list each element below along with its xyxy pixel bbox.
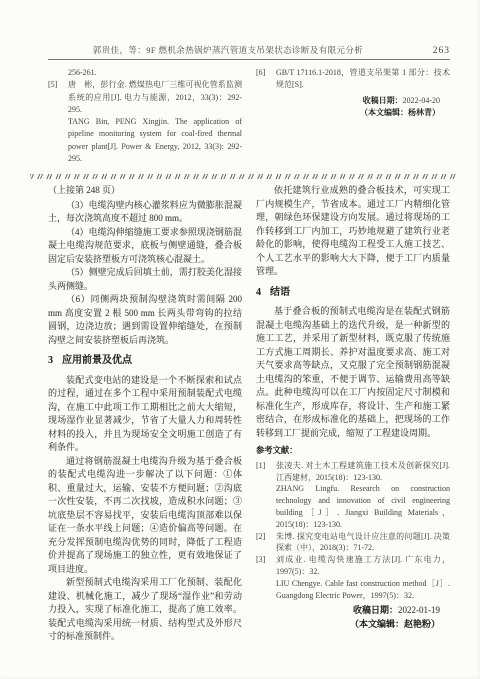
paragraph: （5）侧壁完成后回填土前，需打胶美化湿接头两侧缝。 (48, 266, 242, 293)
section-number: 3 (48, 354, 53, 368)
top-right-column: [6] GB/T 17116.1-2018，管道支吊架第 1 部分：技术规范[S… (256, 67, 450, 165)
top-reference-section: 256-261. [5] 唐 彬，彭行金. 燃煤热电厂三维可视化管系监测系统的应… (48, 67, 450, 165)
reference-item-1: [1] 张凌夫. 对土木工程建筑施工技术及创新探究[J]. 江西建材，2015(… (256, 460, 450, 531)
reference-item-2: [2] 朱博. 探究变电站电气设计应注意的问题[J]. 决策探索（中），2018… (256, 531, 450, 555)
reference-item-3: [3] 刘成业. 电缆沟快速施工方法[J]. 广东电力，1997(5)：32. … (256, 554, 450, 601)
paragraph: 基于叠合板的预制式电缆沟是在装配式钢筋混凝土电缆沟基础上的迭代升级，是一种新型的… (256, 305, 450, 440)
section-heading-4: 4 结语 (256, 286, 450, 300)
references-heading: 参考文献： (256, 444, 450, 458)
reference-carryover-line: 256-261. (48, 67, 242, 79)
section-divider-ornament (30, 174, 458, 179)
journal-page: 郭贵佳，等：9F 燃机余热锅炉蒸汽管道支吊架状态诊断及有限元分析 263 256… (0, 0, 480, 679)
received-date-line: 收稿日期：2022-01-19 (256, 604, 440, 618)
reference-item-6: [6] GB/T 17116.1-2018，管道支吊架第 1 部分：技术规范[S… (256, 67, 450, 92)
reference-label: [1] (256, 460, 265, 472)
top-left-column: 256-261. [5] 唐 彬，彭行金. 燃煤热电厂三维可视化管系监测系统的应… (48, 67, 242, 165)
reference-text-en: ZHANG Lingfu. Research on construction t… (276, 483, 450, 530)
paragraph: （4）电缆沟伸缩缝施工要求参照现浇钢筋混凝土电缆沟规范要求，底板与侧壁通缝，叠合… (48, 226, 242, 267)
references-list: [1] 张凌夫. 对土木工程建筑施工技术及创新探究[J]. 江西建材，2015(… (256, 460, 450, 602)
reference-item-5: [5] 唐 彬，彭行金. 燃煤热电厂三维可视化管系监测系统的应用[J]. 电力与… (48, 79, 242, 165)
reference-label: [2] (256, 531, 265, 543)
reference-text-zh: 朱博. 探究变电站电气设计应注意的问题[J]. 决策探索（中），2018(3)：… (276, 531, 450, 555)
running-header: 郭贵佳，等：9F 燃机余热锅炉蒸汽管道支吊架状态诊断及有限元分析 263 (48, 44, 450, 56)
right-column: 依托建筑行业成熟的叠合板技术，可实现工厂内规模生产，节省成本。通过工厂内精细化管… (256, 184, 450, 644)
header-rule (48, 59, 450, 60)
paragraph: （6）同侧两块预制沟壁浇筑时需间隔 200 mm 高度安置 2 根 500 mm… (48, 293, 242, 347)
section-heading-3: 3 应用前景及优点 (48, 354, 242, 368)
received-date-value: 2022-01-19 (398, 605, 440, 615)
section-title: 应用前景及优点 (62, 354, 132, 368)
running-title: 郭贵佳，等：9F 燃机余热锅炉蒸汽管道支吊架状态诊断及有限元分析 (48, 44, 408, 56)
received-date-label: 收稿日期： (353, 605, 398, 615)
reference-text-en: TANG Bin, PENG Xingjin. The application … (68, 116, 242, 165)
section-number: 4 (256, 286, 261, 300)
paragraph: 装配式变电站的建设是一个不断探索和试点的过程，通过在多个工程中采用预制装配式电缆… (48, 374, 242, 455)
received-date-line: 收稿日期：2022-04-20 (256, 95, 440, 107)
paragraph: 新型预制式电缆沟采用工厂化预制、装配化建设、机械化施工，减少了现场“湿作业”和劳… (48, 576, 242, 644)
reference-text-zh: 唐 彬，彭行金. 燃煤热电厂三维可视化管系监测系统的应用[J]. 电力与能源，2… (68, 79, 242, 116)
received-date-value: 2022-04-20 (403, 96, 440, 105)
left-column: （上接第 248 页） （3）电缆沟壁内核心灌浆料应为微膨胀混凝土，每次浇筑高度… (48, 184, 242, 644)
editor-note: （本文编辑：杨林青） (256, 107, 440, 119)
section-title: 结语 (270, 286, 290, 300)
page-number: 263 (408, 46, 450, 56)
reference-text-zh: GB/T 17116.1-2018，管道支吊架第 1 部分：技术规范[S]. (276, 67, 450, 92)
paragraph: （3）电缆沟壁内核心灌浆料应为微膨胀混凝土，每次浇筑高度不超过 800 mm。 (48, 199, 242, 226)
paragraph: 通过将钢筋混凝土电缆沟升级为基于叠合板的装配式电缆沟进一步解决了以下问题：①体积… (48, 455, 242, 577)
reference-text-en: LIU Chengye. Cable fast construction met… (276, 578, 450, 602)
paragraph: 依托建筑行业成熟的叠合板技术，可实现工厂内规模生产，节省成本。通过工厂内精细化管… (256, 184, 450, 279)
editor-note: （本文编辑：赵艳粉） (256, 618, 440, 632)
reference-label: [5] (48, 79, 57, 91)
reference-text-zh: 张凌夫. 对土木工程建筑施工技术及创新探究[J]. 江西建材，2015(18)：… (276, 460, 450, 484)
received-date-label: 收稿日期： (363, 96, 403, 105)
article-body: （上接第 248 页） （3）电缆沟壁内核心灌浆料应为微膨胀混凝土，每次浇筑高度… (48, 184, 450, 644)
reference-text-zh: 刘成业. 电缆沟快速施工方法[J]. 广东电力，1997(5)：32. (276, 554, 450, 578)
reference-label: [3] (256, 554, 265, 566)
continuation-note: （上接第 248 页） (48, 184, 242, 198)
reference-label: [6] (256, 67, 265, 79)
